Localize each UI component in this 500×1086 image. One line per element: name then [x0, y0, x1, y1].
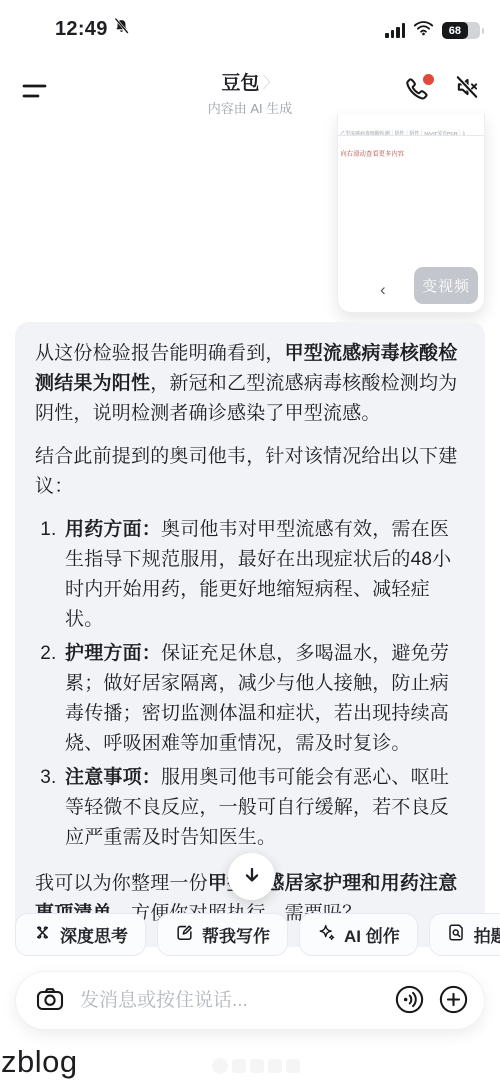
message-paragraph: 从这份检验报告能明确看到，甲型流感病毒核酸检测结果为阳性，新冠和乙型流感病毒核酸…: [35, 339, 465, 429]
bell-muted-icon: [113, 18, 130, 41]
deep-think-chip[interactable]: 深度思考: [15, 913, 146, 956]
voice-call-button[interactable]: [404, 76, 432, 104]
ai-create-chip[interactable]: AI 创作: [299, 913, 418, 956]
sparkle-icon: [317, 923, 336, 947]
status-time: 12:49: [55, 18, 130, 41]
arrow-down-icon: [241, 864, 263, 889]
message-input[interactable]: [78, 989, 381, 1013]
message-paragraph: 结合此前提到的奥司他韦，针对该情况给出以下建议：: [35, 442, 465, 502]
battery-icon: 68: [442, 22, 480, 39]
zblog-watermark: zblog: [1, 1044, 78, 1080]
wifi-icon: [413, 20, 434, 41]
photo-solve-chip[interactable]: 拍题答疑: [429, 913, 500, 956]
lab-report-table-row: 乙型流感病毒核酸检测 阴性 阴性 NAAT荧光PCR 1: [338, 114, 484, 136]
chevron-right-icon: 〉: [263, 70, 279, 93]
camera-icon: [36, 987, 64, 1014]
faint-watermark: [212, 1058, 300, 1074]
swipe-hint-note: 向右滑动查看更多内容: [338, 145, 484, 157]
advice-list: 用药方面：奥司他韦对甲型流感有效，需在医生指导下规范服用，最好在出现症状后的48…: [35, 515, 465, 853]
lab-report-card[interactable]: 乙型流感病毒核酸检测 阴性 阴性 NAAT荧光PCR 1 向右滑动查看更多内容 …: [337, 114, 485, 313]
app-screen: 12:49: [0, 0, 500, 1086]
bot-name: 豆包: [221, 68, 259, 95]
message-input-bar: [15, 971, 485, 1030]
signal-icon: [385, 23, 405, 38]
list-item: 用药方面：奥司他韦对甲型流感有效，需在医生指导下规范服用，最好在出现症状后的48…: [62, 515, 465, 635]
list-item: 护理方面：保证充足休息，多喝温水，避免劳累；做好居家隔离，减少与他人接触，防止病…: [62, 639, 465, 759]
chat-header: 豆包 〉 内容由 AI 生成: [0, 60, 500, 118]
mute-speaker-button[interactable]: [454, 74, 480, 105]
list-item: 注意事项：服用奥司他韦可能会有恶心、呕吐等轻微不良反应，一般可自行缓解，若不良反…: [62, 763, 465, 853]
voice-wave-icon: [395, 985, 424, 1017]
bot-title[interactable]: 豆包 〉: [221, 68, 278, 95]
deep-think-icon: [33, 923, 52, 947]
camera-button[interactable]: [36, 987, 64, 1014]
plus-circle-icon: [439, 985, 468, 1017]
doc-magnifier-icon: [447, 923, 466, 947]
quick-action-bar: 深度思考 帮我写作 AI 创作: [15, 913, 500, 956]
help-write-chip[interactable]: 帮我写作: [157, 913, 288, 956]
scroll-to-bottom-button[interactable]: [228, 853, 275, 900]
status-bar: 12:49: [0, 18, 500, 44]
voice-mode-button[interactable]: [395, 985, 424, 1017]
add-attachment-button[interactable]: [439, 985, 468, 1017]
notification-dot: [423, 74, 434, 85]
prev-chevron-icon[interactable]: ‹: [380, 281, 386, 298]
to-video-button[interactable]: 变视频: [414, 267, 478, 304]
edit-pencil-icon: [175, 923, 194, 947]
battery-percent: 68: [449, 25, 461, 37]
clock-text: 12:49: [55, 18, 108, 41]
